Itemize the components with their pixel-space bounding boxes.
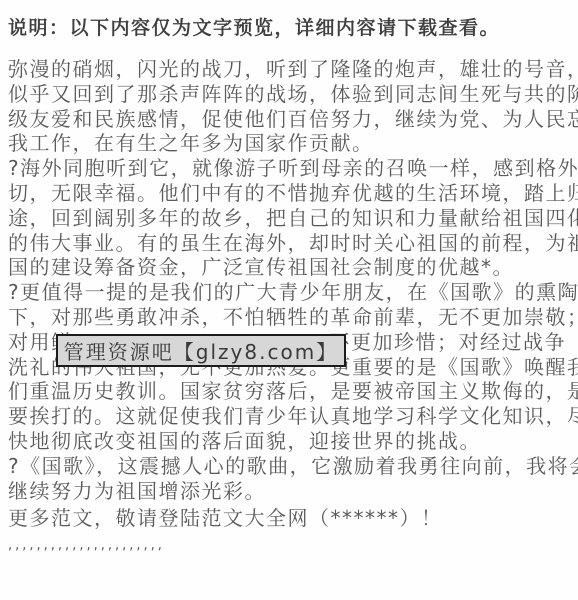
text-line: 弥漫的硝烟，闪光的战刀，听到了隆隆的炮声，雄壮的号音， xyxy=(8,57,572,82)
dots-row: ,,,,,,,,,,,,,,,,,,,,,, xyxy=(8,534,572,559)
text-line: 级友爱和民族感情，促使他们百倍努力，继续为党、为人民忘 xyxy=(8,107,572,132)
text-line: ?海外同胞听到它，就像游子听到母亲的召唤一样，感到格外亲 xyxy=(8,156,572,181)
more-samples-note: 更多范文，敬请登陆范文大全网（******）！ xyxy=(8,506,572,531)
text-line: 继续努力为祖国增添光彩。 xyxy=(8,479,572,504)
text-line: 途，回到阔别多年的故乡，把自己的知识和力量献给祖国四化 xyxy=(8,206,572,231)
watermark-text: 管理资源吧【glzy8.com】 xyxy=(64,336,338,365)
text-line: 们重温历史教训。国家贫穷落后，是要被帝国主义欺侮的，是 xyxy=(8,379,572,404)
text-line: 的伟大事业。有的虽生在海外，却时时关心祖国的前程，为祖 xyxy=(8,231,572,256)
text-line: 下，对那些勇敢冲杀，不怕牺牲的革命前辈，无不更加崇敬； xyxy=(8,305,572,330)
occluded-line-right: 不更加珍惜；对经过战争 xyxy=(330,330,567,354)
text-line: 要挨打的。这就促使我们青少年认真地学习科学文化知识，尽 xyxy=(8,404,572,429)
document-text: 弥漫的硝烟，闪光的战刀，听到了隆隆的炮声，雄壮的号音， 似乎又回到了那杀声阵阵的… xyxy=(8,57,572,559)
watermark-box: 管理资源吧【glzy8.com】 xyxy=(56,334,346,367)
text-line: 快地彻底改变祖国的落后面貌，迎接世界的挑战。 xyxy=(8,429,572,454)
text-line: 切，无限幸福。他们中有的不惜抛弃优越的生活环境，踏上归 xyxy=(8,181,572,206)
text-line: 国的建设筹备资金，广泛宣传祖国社会制度的优越*。 xyxy=(8,255,572,280)
text-line: ?《国歌》，这震撼人心的歌曲，它激励着我勇往向前，我将会 xyxy=(8,454,572,479)
text-line: 我工作，在有生之年多为国家作贡献。 xyxy=(8,131,572,156)
preview-notice: 说明：以下内容仅为文字预览，详细内容请下载查看。 xyxy=(8,13,500,40)
text-line: 似乎又回到了那杀声阵阵的战场，体验到同志间生死与共的阶 xyxy=(8,82,572,107)
preview-page: 说明：以下内容仅为文字预览，详细内容请下载查看。 弥漫的硝烟，闪光的战刀，听到了… xyxy=(0,0,578,600)
text-line: ?更值得一提的是我们的广大青少年朋友，在《国歌》的熏陶 xyxy=(8,280,572,305)
